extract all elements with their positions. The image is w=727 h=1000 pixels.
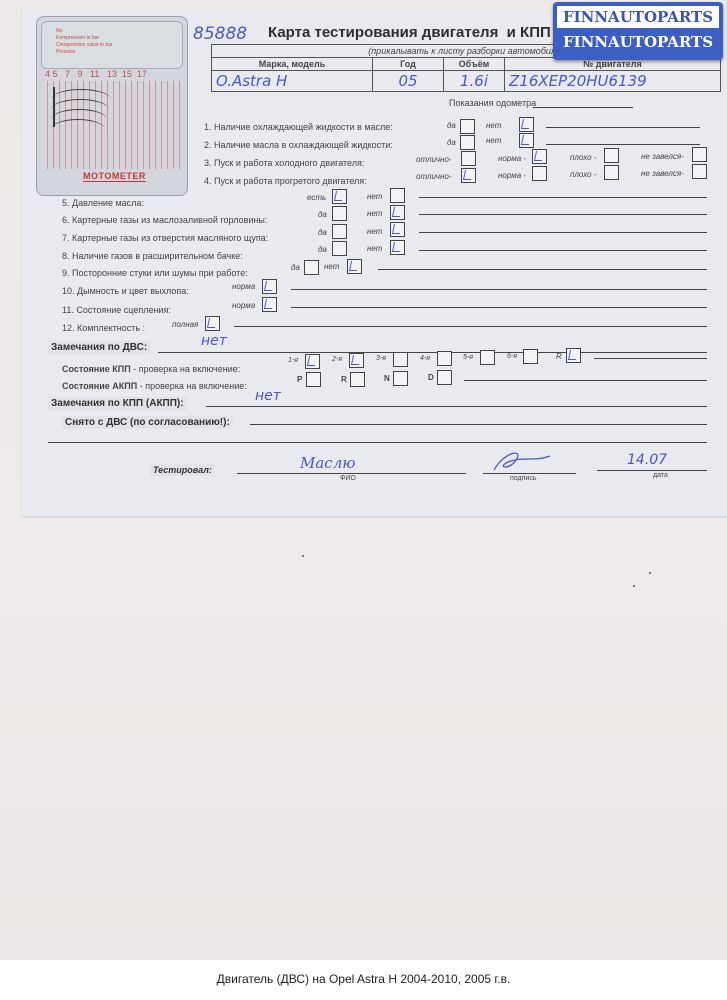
check-2-option-yes-label: да [447,138,456,147]
removed-from-engine-line [250,424,707,425]
engine-number-value: Z16XEP20HU6139 [509,72,647,90]
check-2-notes-line [546,144,700,145]
watermark-line-1: FINNAUTOPARTS [557,6,719,28]
check-3-bad-checkbox[interactable] [604,148,619,163]
check-4-option-excellent-label: отлично- [416,172,452,181]
gear-3-label: 3-я [376,355,386,362]
tester-name-caption: ФИО [340,475,356,482]
check-12-notes-line [234,326,707,327]
check-10-option-normal-label: норма [232,282,255,291]
cell-make-model: O.Astra H [212,71,373,92]
check-11-option-normal-label: норма [232,301,255,310]
date-caption: дата [653,472,668,479]
check-6-yes-checkbox[interactable] [332,206,347,221]
check-4-option-no-start-label: не завелся- [641,169,684,178]
check-5-option-yes-label: есть [307,193,326,202]
check-8-no-checkbox[interactable] [390,240,405,255]
check-4-excellent-checkbox[interactable] [461,168,476,183]
cell-year: 05 [373,71,444,92]
auto-gear-d-label: D [428,373,434,382]
check-4-no-start-checkbox[interactable] [692,164,707,179]
auto-gear-r-label: R [341,375,347,384]
engine-remarks-line [158,352,707,353]
check-2-option-no-label: нет [486,136,501,145]
motometer-tab-line: Compression value in bar [56,42,113,49]
motometer-logo: MOTOMETER [83,171,146,182]
header-year: Год [373,58,444,71]
check-11-label: 11. Состояние сцепления: [62,305,171,315]
gear-reverse-label: R [556,352,562,361]
signature-line [483,473,576,474]
check-9-yes-checkbox[interactable] [304,260,319,275]
check-7-label: 7. Картерные газы из отверстия масляного… [62,233,268,243]
check-3-option-no-start-label: не завелся- [641,152,684,161]
gear-1-checkbox[interactable] [305,354,320,369]
check-1-label: 1. Наличие охлаждающей жидкости в масле: [204,122,393,132]
check-8-option-no-label: нет [367,244,382,253]
check-9-label: 9. Посторонние стуки или шумы при работе… [62,268,248,278]
check-3-option-normal-label: норма - [498,154,526,163]
check-10-normal-checkbox[interactable] [262,279,277,294]
extra-notes-line [48,442,707,443]
check-5-notes-line [419,197,707,198]
year-value: 05 [398,72,417,90]
gear-4-checkbox[interactable] [437,351,452,366]
gear-1-label: 1-я [288,357,298,364]
check-2-label: 2. Наличие масла в охлаждающей жидкости: [204,140,393,150]
watermark-line-2: FINNAUTOPARTS [553,33,723,51]
compression-curve [51,119,105,140]
check-1-yes-checkbox[interactable] [460,119,475,134]
check-12-label: 12. Комплектность : [62,323,145,333]
check-7-yes-checkbox[interactable] [332,224,347,239]
check-10-label: 10. Дымность и цвет выхлопа: [62,286,189,296]
check-1-notes-line [546,127,700,128]
check-8-label: 8. Наличие газов в расширительном бачке: [62,251,243,261]
gear-2-label: 2-я [332,356,342,363]
make-model-value: O.Astra H [216,72,287,90]
check-3-no-start-checkbox[interactable] [692,147,707,162]
check-11-notes-line [291,307,707,308]
check-3-label: 3. Пуск и работа холодного двигателя: [204,158,364,168]
engine-remarks-label: Замечания по ДВС: [48,341,150,354]
signature-caption: подпись [510,475,536,482]
gear-5-checkbox[interactable] [480,350,495,365]
needle-mark [53,87,55,127]
cell-engine-number: Z16XEP20HU6139 [505,71,721,92]
check-5-no-checkbox[interactable] [390,188,405,203]
check-12-option-complete-label: полная [172,320,198,329]
header-make-model: Марка, модель [212,58,373,71]
gearbox-remarks-label: Замечания по КПП (АКПП): [48,397,187,410]
gearbox-notes-line [594,358,707,359]
gear-reverse-checkbox[interactable] [566,348,581,363]
scan-speck [633,585,635,587]
auto-gear-p-label: P [297,375,302,384]
motometer-tab-line: Kompression in bar [56,35,113,42]
check-7-option-no-label: нет [367,227,382,236]
auto-gearbox-check-label: Состояние АКПП - проверка на включение: [62,381,247,391]
check-4-option-bad-label: плохо - [570,170,596,179]
check-1-option-yes-label: да [447,121,456,130]
check-6-label: 6. Картерные газы из маслозаливной горло… [62,215,267,225]
motometer-tab-line: Pression [56,49,113,56]
check-7-option-yes-label: да [318,228,327,237]
check-6-no-checkbox[interactable] [390,205,405,220]
check-3-normal-checkbox[interactable] [532,149,547,164]
motometer-scale: 4 5 7 9 11 13 15 17 [45,69,147,79]
date-value[interactable]: 14.07 [627,452,667,468]
check-11-normal-checkbox[interactable] [262,297,277,312]
check-7-no-checkbox[interactable] [390,222,405,237]
check-9-option-yes-label: да [291,263,300,272]
image-caption: Двигатель (ДВС) на Opel Astra H 2004-201… [0,972,727,986]
check-6-option-yes-label: да [318,210,327,219]
auto-gear-r-checkbox[interactable] [350,372,365,387]
motometer-tab-line: No. [56,28,113,35]
odometer-field-line [533,107,633,108]
auto-gearbox-notes-line [464,380,707,381]
check-5-option-no-label: нет [367,192,382,201]
check-4-label: 4. Пуск и работа прогретого двигателя: [204,176,367,186]
check-9-option-no-label: нет [324,262,339,271]
motometer-tab: No. Kompression in bar Compression value… [41,21,183,69]
date-line [597,470,707,471]
gearbox-check-label: Состояние КПП - проверка на включение: [62,364,240,374]
check-4-normal-checkbox[interactable] [532,166,547,181]
check-2-no-checkbox[interactable] [519,133,534,148]
gearbox-remarks-value[interactable]: нет [255,388,281,404]
check-5-label: 5. Давление масла: [62,198,144,208]
volume-value: 1.6i [460,72,488,90]
scan-speck [302,555,304,557]
check-5-yes-checkbox[interactable] [332,189,347,204]
check-3-option-bad-label: плохо - [570,153,596,162]
gear-2-checkbox[interactable] [349,353,364,368]
auto-gear-n-label: N [384,374,390,383]
tester-name-value[interactable]: Маслю [300,454,355,472]
check-1-no-checkbox[interactable] [519,117,534,132]
page-title: Карта тестирования двигателя и КПП [268,24,551,41]
check-4-option-normal-label: норма - [498,171,526,180]
check-6-option-no-label: нет [367,209,382,218]
gear-3-checkbox[interactable] [393,352,408,367]
check-1-option-no-label: нет [486,121,501,130]
gear-4-label: 4-я [420,355,430,362]
check-8-yes-checkbox[interactable] [332,241,347,256]
cell-volume: 1.6i [444,71,505,92]
auto-gear-n-checkbox[interactable] [393,371,408,386]
removed-from-engine-label: Снято с ДВС (по согласованию!): [62,416,233,429]
motometer-compression-card: No. Kompression in bar Compression value… [36,16,188,196]
check-3-option-excellent-label: отлично- [416,155,452,164]
check-7-notes-line [419,232,707,233]
header-volume: Объём [444,58,505,71]
check-9-notes-line [378,269,707,270]
engine-remarks-value[interactable]: нет [201,333,227,349]
document-number: 85888 [193,24,247,44]
tester-name-line [237,473,466,474]
check-8-notes-line [419,250,707,251]
tested-by-label: Тестировал: [150,464,215,476]
auto-gear-p-checkbox[interactable] [306,372,321,387]
check-4-bad-checkbox[interactable] [604,165,619,180]
gearbox-remarks-line [206,406,707,407]
finnautoparts-watermark: FINNAUTOPARTS FINNAUTOPARTS [553,2,723,60]
check-3-excellent-checkbox[interactable] [461,151,476,166]
gear-6-label: 6-я [507,353,517,360]
odometer-label: Показания одометра [449,98,536,108]
check-12-complete-checkbox[interactable] [205,316,220,331]
motometer-tab-text: No. Kompression in bar Compression value… [56,28,113,56]
gear-6-checkbox[interactable] [523,349,538,364]
signature-scribble[interactable] [484,446,564,476]
check-6-notes-line [419,214,707,215]
check-9-no-checkbox[interactable] [347,259,362,274]
check-2-yes-checkbox[interactable] [460,135,475,150]
gear-5-label: 5-я [463,354,473,361]
auto-gear-d-checkbox[interactable] [437,370,452,385]
check-10-notes-line [291,289,707,290]
scan-speck [649,572,651,574]
check-8-option-yes-label: да [318,245,327,254]
